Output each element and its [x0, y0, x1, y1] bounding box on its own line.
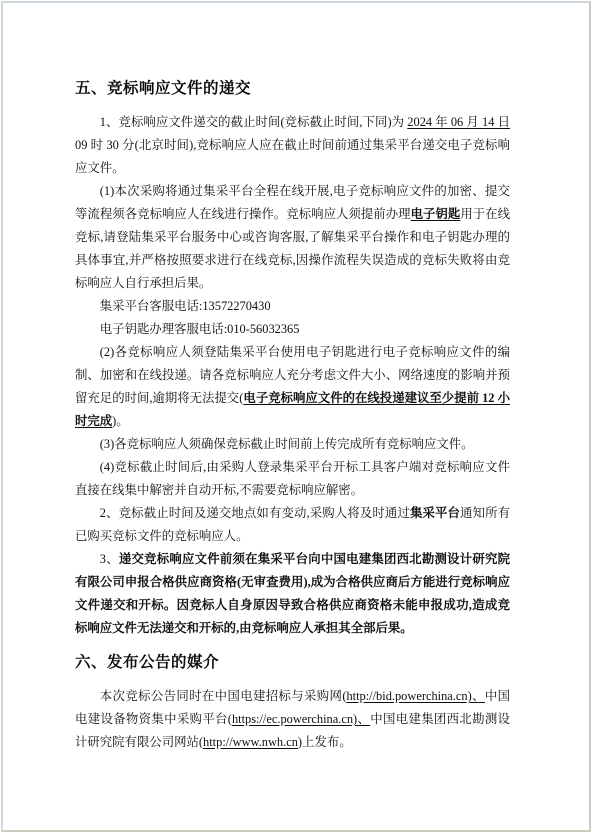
para-announcement-media: 本次竞标公告同时在中国电建招标与采购网(http://bid.powerchin… — [75, 685, 510, 754]
text-run: (4)竞标截止时间后,由采购人登录集采平台开标工具客户端对竞标响应文件直接在线集… — [75, 460, 510, 497]
para-item-4: (4)竞标截止时间后,由采购人登录集采平台开标工具客户端对竞标响应文件直接在线集… — [75, 456, 510, 502]
document-page: 五、竞标响应文件的递交1、竞标响应文件递交的截止时间(竞标截止时间,下同)为 2… — [1, 1, 591, 832]
text-run: 集采平台客服电话:13572270430 — [100, 299, 271, 313]
para-item-1: (1)本次采购将通过集采平台全程在线开展,电子竞标响应文件的加密、提交等流程须各… — [75, 180, 510, 295]
para-supplier-qualification: 3、递交竞标响应文件前须在集采平台向中国电建集团西北勘测设计研究院有限公司申报合… — [75, 548, 510, 640]
url-bid-powerchina[interactable]: http://bid.powerchina.cn)、 — [346, 689, 484, 703]
url-ec-powerchina[interactable]: https://ec.powerchina.cn)、 — [232, 712, 370, 726]
text-run: 递交竞标响应文件前须在集采平台向中国电建集团西北勘测设计研究院有限公司申报合格供… — [75, 552, 510, 635]
para-deadline: 1、竞标响应文件递交的截止时间(竞标截止时间,下同)为 2024 年 06 月 … — [75, 111, 510, 180]
text-run: 09 时 30 分(北京时间),竞标响应人应在截止时间前通过集采平台递交电子竞标… — [75, 138, 510, 175]
text-run: 3、 — [100, 552, 119, 566]
text-run: (3)各竞标响应人须确保竞标截止时间前上传完成所有竞标响应文件。 — [100, 437, 474, 451]
para-item-2: (2)各竞标响应人须登陆集采平台使用电子钥匙进行电子竞标响应文件的编制、加密和在… — [75, 341, 510, 433]
text-run: 电子钥匙办理客服电话:010-56032365 — [100, 322, 300, 336]
para-key-phone: 电子钥匙办理客服电话:010-56032365 — [75, 318, 510, 341]
text-run: )上发布。 — [298, 735, 352, 749]
para-item-3: (3)各竞标响应人须确保竞标截止时间前上传完成所有竞标响应文件。 — [75, 433, 510, 456]
text-run: 集采平台 — [410, 506, 460, 520]
document-content: 五、竞标响应文件的递交1、竞标响应文件递交的截止时间(竞标截止时间,下同)为 2… — [75, 3, 510, 754]
text-run: 2、竞标截止时间及递交地点如有变动,采购人将及时通过 — [100, 506, 410, 520]
text-run: 2024 年 06 月 14 日 — [407, 115, 510, 129]
text-run: 本次竞标公告同时在中国电建招标与采购网( — [100, 689, 347, 703]
url-nwh[interactable]: http://www.nwh.cn — [203, 735, 298, 749]
text-run: )。 — [112, 414, 129, 428]
para-change-notice: 2、竞标截止时间及递交地点如有变动,采购人将及时通过集采平台通知所有已购买竞标文… — [75, 502, 510, 548]
text-run: 电子钥匙 — [411, 207, 461, 221]
section-5-heading: 五、竞标响应文件的递交 — [75, 79, 510, 99]
text-run: 1、竞标响应文件递交的截止时间(竞标截止时间,下同)为 — [100, 115, 408, 129]
para-platform-phone: 集采平台客服电话:13572270430 — [75, 295, 510, 318]
section-6-heading: 六、发布公告的媒介 — [75, 653, 510, 673]
